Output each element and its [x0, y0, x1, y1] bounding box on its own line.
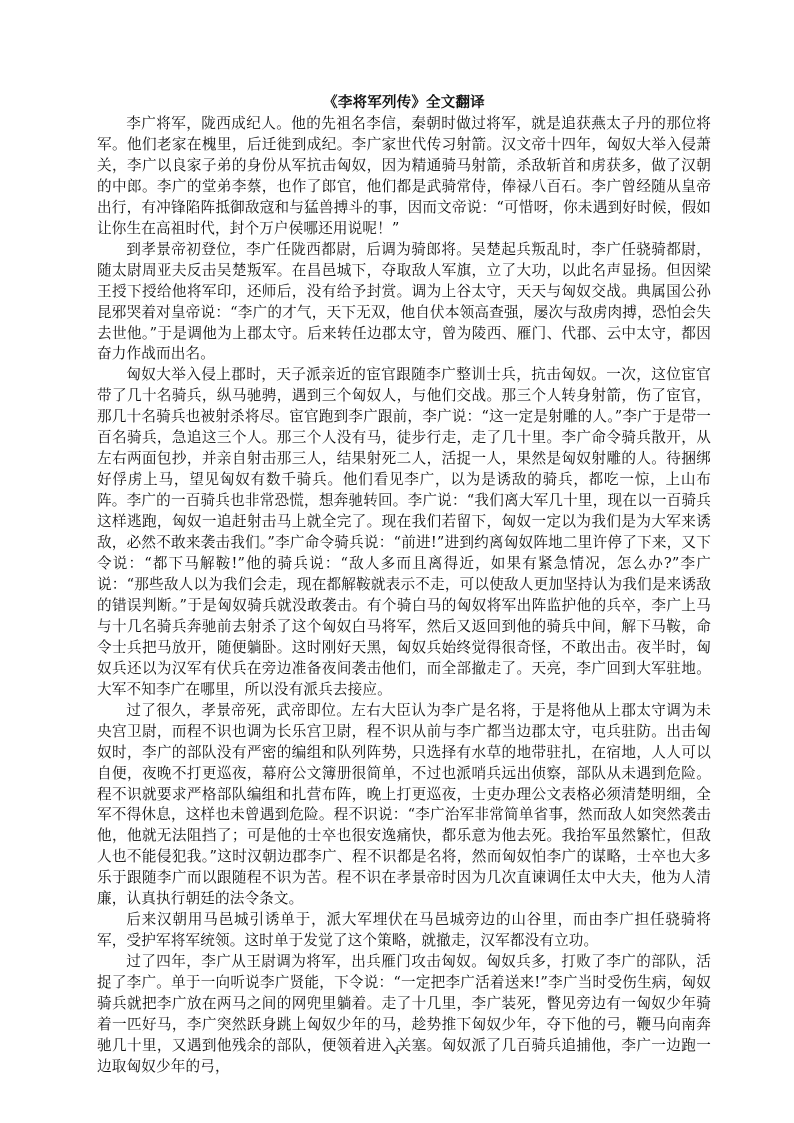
paragraph: 过了四年，李广从王尉调为将军，出兵雁门攻击匈奴。匈奴兵多，打败了李广的部队，活捉… [97, 952, 711, 1078]
page-number: 1 [0, 1043, 794, 1058]
paragraph: 匈奴大举入侵上郡时，天子派亲近的宦官跟随李广整训士兵，抗击匈奴。一次，这位宦官带… [97, 365, 711, 700]
paragraph: 到孝景帝初登位，李广任陇西都尉，后调为骑郎将。吴楚起兵叛乱时，李广任骁骑都尉，随… [97, 240, 711, 366]
paragraph: 李广将军，陇西成纪人。他的先祖名李信，秦朝时做过将军，就是追获燕太子丹的那位将军… [97, 114, 711, 240]
document-title: 《李将军列传》全文翻译 [97, 93, 711, 114]
paragraph: 后来汉朝用马邑城引诱单于，派大军埋伏在马邑城旁边的山谷里，而由李广担任骁骑将军，… [97, 910, 711, 952]
paragraph: 过了很久，孝景帝死，武帝即位。左右大臣认为李广是名将，于是将他从上郡太守调为未央… [97, 701, 711, 911]
document-page: 《李将军列传》全文翻译 李广将军，陇西成纪人。他的先祖名李信，秦朝时做过将军，就… [97, 93, 711, 1078]
